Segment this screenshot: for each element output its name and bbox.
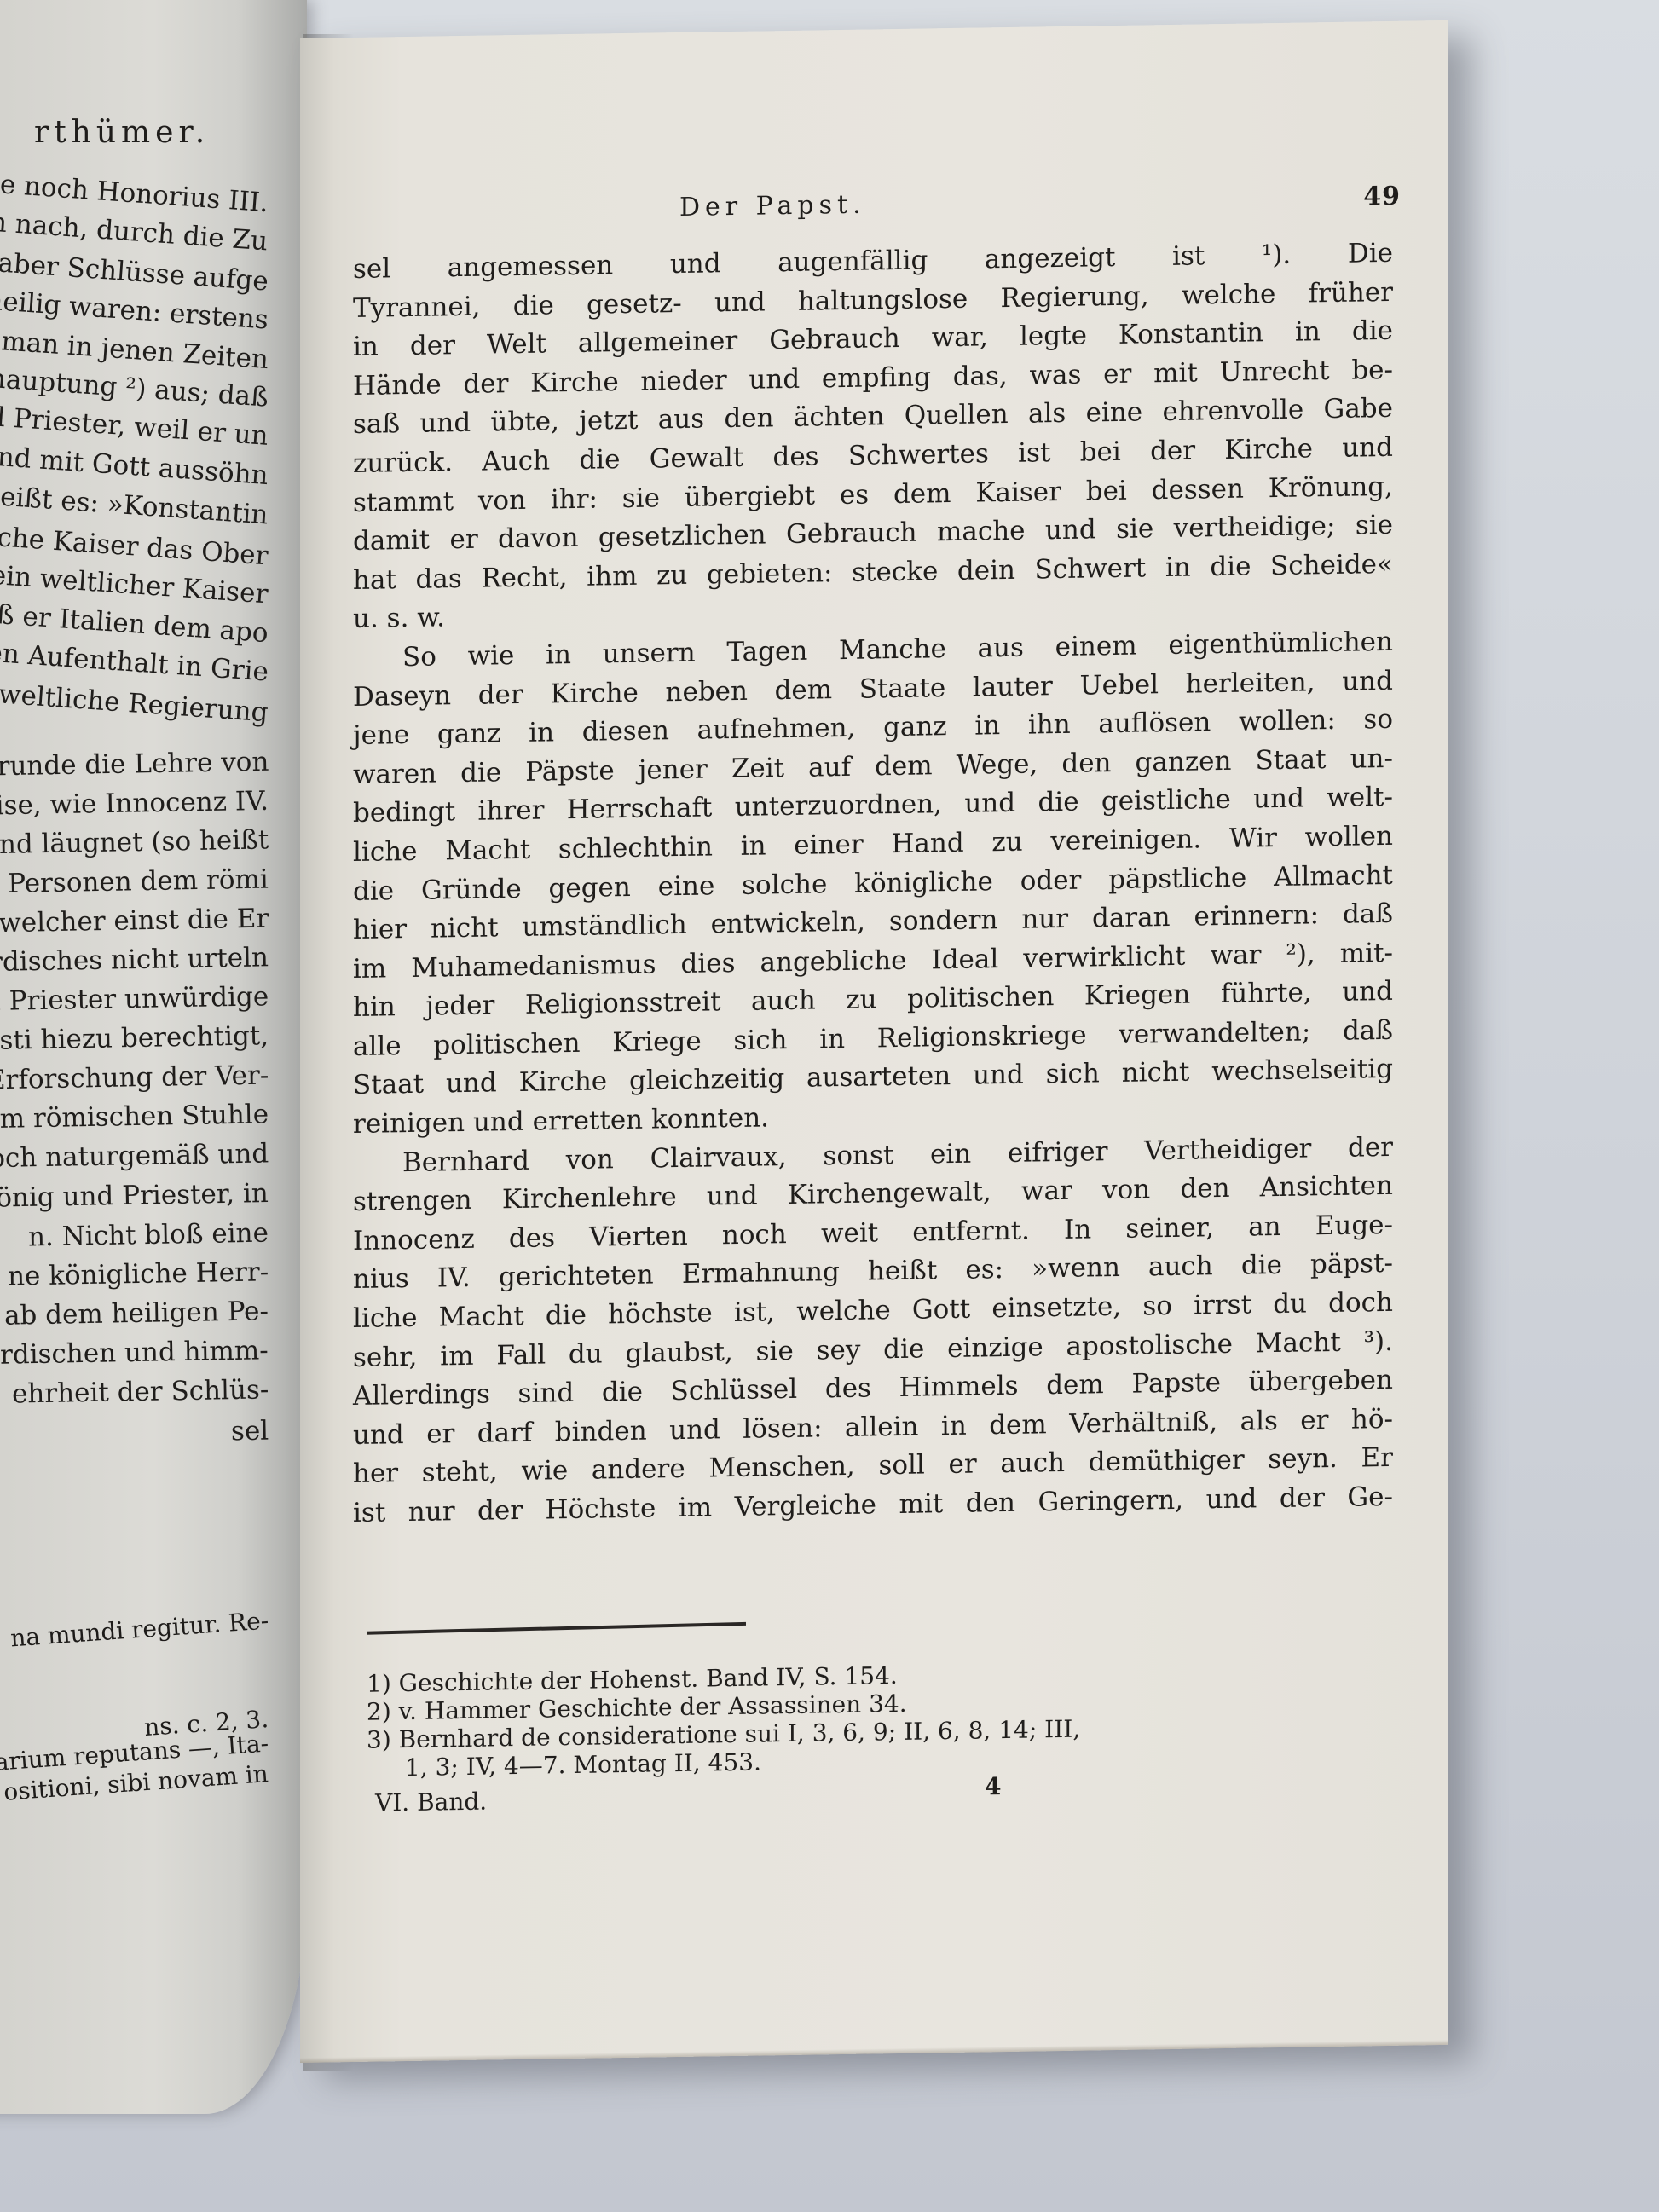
left-page: rthümer. ich sagte noch Honorius III.tli… (0, 0, 307, 2114)
left-text-line: König und Priester, in (0, 1178, 269, 1214)
left-text-line: ab dem heiligen Pe- (4, 1296, 269, 1331)
left-text-line: über Irdisches nicht urteln (0, 942, 269, 979)
left-text-line: Weise, wie Innocenz IV. (0, 786, 269, 822)
right-page: Der Papst. 49 sel angemessen und augenfä… (300, 20, 1448, 2063)
left-text-line: ne königliche Herr- (8, 1256, 269, 1291)
sheet-signature: 4 (985, 1772, 1001, 1800)
left-text-line: sel (231, 1416, 269, 1447)
footnote-rule (367, 1622, 746, 1635)
left-text-line: der, welcher einst die Er (0, 904, 269, 940)
left-text-line: ehrheit der Schlüs- (11, 1374, 269, 1409)
left-text-line: er Christi hiezu berechtigt, (0, 1020, 269, 1057)
left-text-line: setzten Priester unwürdige (0, 981, 269, 1018)
left-text-line: ese doch naturgemäß und (0, 1138, 269, 1175)
left-text-line: , alle Personen dem römi (0, 864, 269, 901)
left-text-line: ifelt und läugnet (so heißt (0, 824, 269, 861)
left-text-line: n. Nicht bloß eine (28, 1218, 269, 1253)
body-text: sel angemessen und augenfällig angezeigt… (353, 234, 1393, 1533)
footnotes: 1) Geschichte der Hohenst. Band IV, S. 1… (367, 1654, 1398, 1782)
left-running-head: rthümer. (34, 115, 210, 150)
page-number: 49 (1363, 182, 1401, 212)
left-text-line: abe dem römischen Stuhle (0, 1099, 269, 1135)
left-text-line: n Grunde die Lehre von (0, 747, 269, 783)
running-head-title: Der Papst. (679, 190, 866, 222)
volume-label: VI. Band. (375, 1788, 487, 1817)
left-text-line: rdischen und himm- (0, 1335, 269, 1370)
left-text-line: zur Erforschung der Ver- (0, 1060, 269, 1097)
running-head: Der Papst. 49 (300, 181, 1448, 199)
left-footnote-line: na mundi regitur. Re- (9, 1606, 269, 1652)
